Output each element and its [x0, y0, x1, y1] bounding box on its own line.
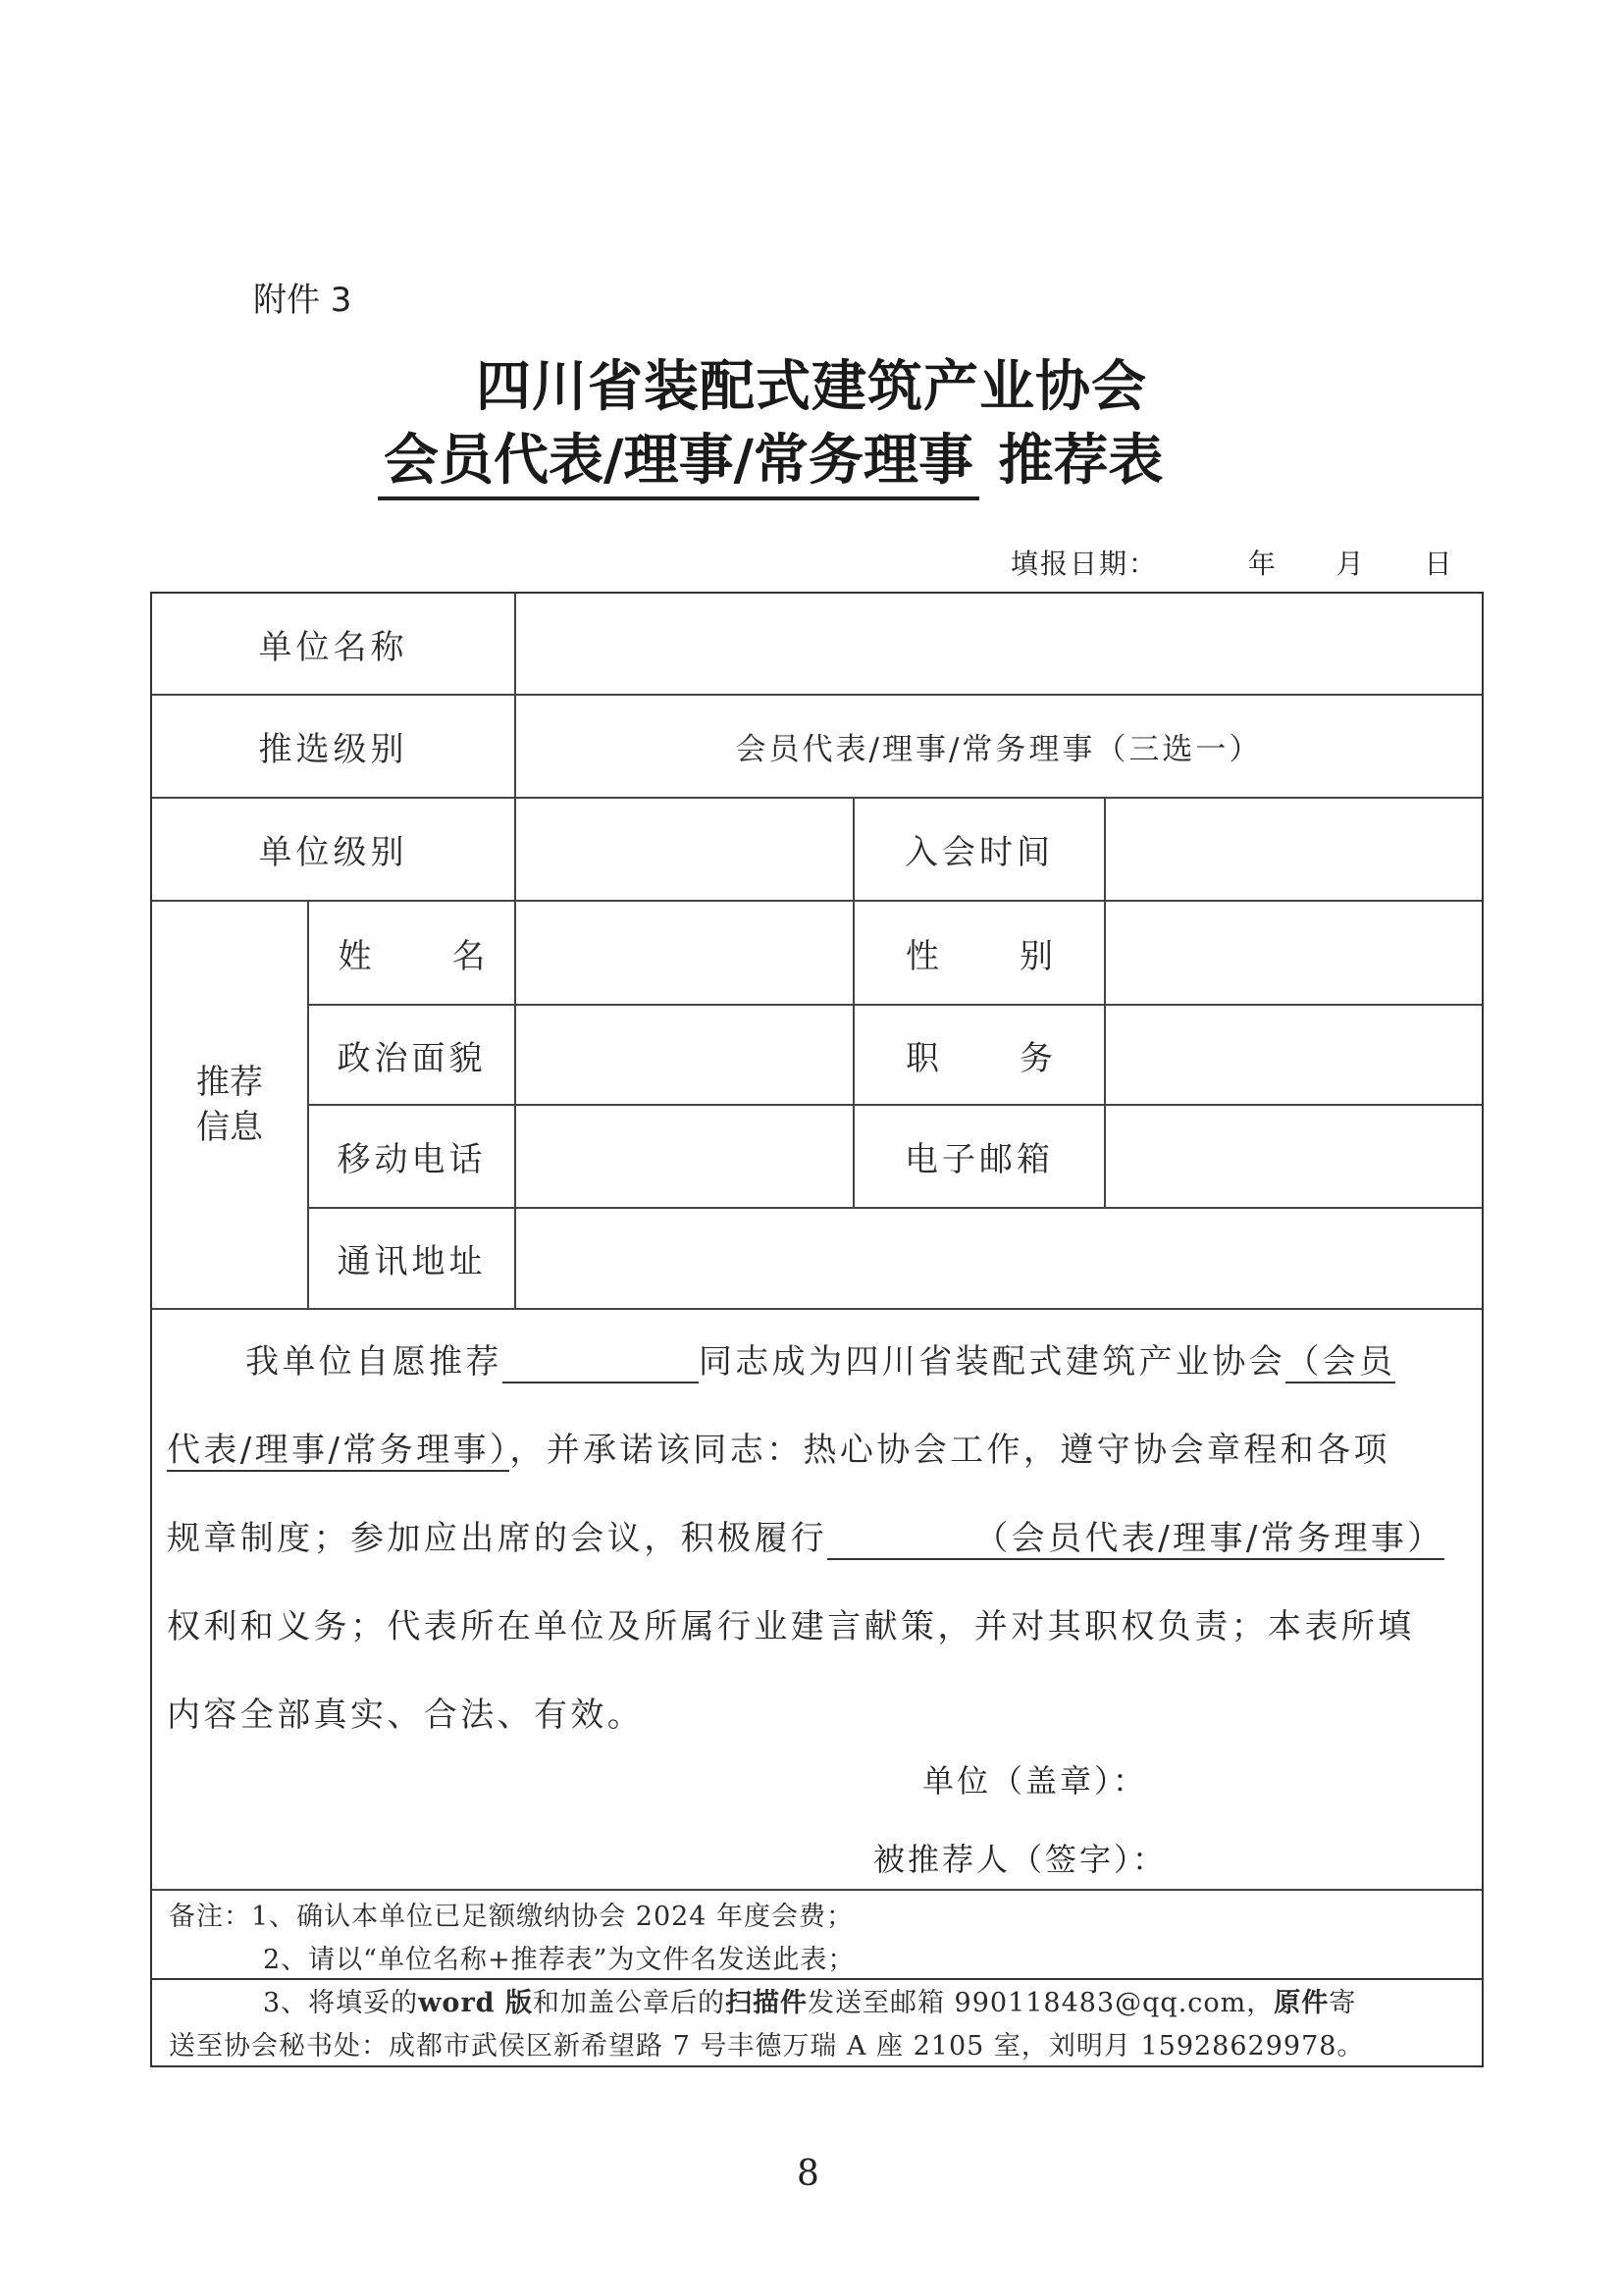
input-email[interactable] — [1106, 1106, 1482, 1209]
input-join-time[interactable] — [1106, 799, 1482, 902]
notes-bottom-border — [150, 2065, 1484, 2067]
label-gender: 性别 — [855, 902, 1106, 1006]
recommended-person-blank[interactable] — [502, 1342, 699, 1383]
date-label: 填报日期： — [1011, 543, 1158, 582]
date-month: 月 — [1336, 543, 1366, 582]
page-number: 8 — [797, 2154, 819, 2194]
document-title-line1: 四川省装配式建筑产业协会 — [0, 343, 1623, 422]
label-selection-level: 推选级别 — [152, 696, 516, 799]
label-unit-name: 单位名称 — [152, 594, 516, 696]
input-position[interactable] — [1106, 1006, 1482, 1106]
fill-date: 填报日期： 年 月 日 — [1011, 543, 1454, 582]
label-political-status: 政治面貌 — [309, 1006, 516, 1106]
recommendation-form-table: 单位名称 推选级别 会员代表/理事/常务理事（三选一） 单位级别 入会时间 推荐… — [150, 592, 1484, 1980]
note-1: 备注：1、确认本单位已足额缴纳协会 2024 年度会费； — [169, 1895, 854, 1933]
label-recommend-info: 推荐 信息 — [152, 902, 309, 1310]
date-day: 日 — [1424, 543, 1453, 582]
attachment-label: 附件 3 — [253, 273, 351, 321]
date-year: 年 — [1248, 543, 1278, 582]
note-3: 3、将填妥的word 版和加盖公章后的扫描件发送至邮箱 990118483@qq… — [263, 1981, 1356, 2019]
notes-left-border — [150, 1978, 152, 2066]
input-name[interactable] — [516, 902, 855, 1006]
title-suffix: 推荐表 — [998, 428, 1163, 493]
label-address: 通讯地址 — [309, 1209, 516, 1310]
note-2: 2、请以“单位名称+推荐表”为文件名发送此表； — [263, 1938, 855, 1976]
label-email: 电子邮箱 — [855, 1106, 1106, 1209]
input-unit-level[interactable] — [516, 799, 855, 902]
label-name: 姓名 — [309, 902, 516, 1006]
label-position: 职务 — [855, 1006, 1106, 1106]
role-blank[interactable] — [827, 1519, 974, 1560]
label-mobile: 移动电话 — [309, 1106, 516, 1209]
input-political-status[interactable] — [516, 1006, 855, 1106]
notes-right-border — [1482, 1978, 1484, 2066]
input-unit-name[interactable] — [516, 594, 1482, 696]
input-mobile[interactable] — [516, 1106, 855, 1209]
note-4: 送至协会秘书处：成都市武侯区新希望路 7 号丰德万瑞 A 座 2105 室，刘明… — [169, 2024, 1364, 2062]
document-title-line2: 会员代表/理事/常务理事 推荐表 — [378, 417, 1163, 496]
input-selection-level[interactable]: 会员代表/理事/常务理事（三选一） — [516, 696, 1482, 799]
label-join-time: 入会时间 — [855, 799, 1106, 902]
input-gender[interactable] — [1106, 902, 1482, 1006]
nominee-signature-label: 被推荐人（签字）： — [873, 1835, 1167, 1880]
input-address[interactable] — [516, 1209, 1482, 1310]
unit-seal-label: 单位（盖章）： — [922, 1756, 1147, 1801]
label-unit-level: 单位级别 — [152, 799, 516, 902]
title-roles-underlined: 会员代表/理事/常务理事 — [378, 428, 979, 500]
